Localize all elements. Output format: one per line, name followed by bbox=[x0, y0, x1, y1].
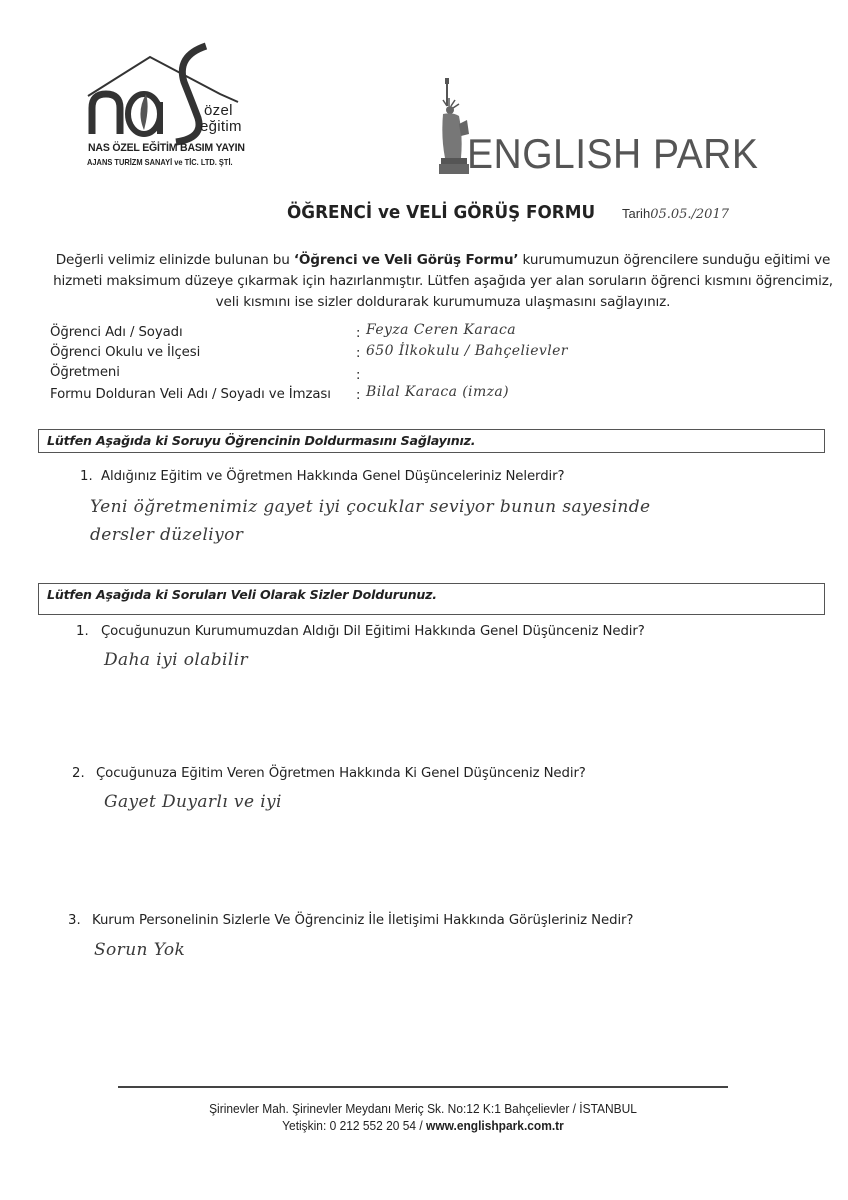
footer-divider bbox=[118, 1086, 728, 1088]
student-section-heading: Lütfen Aşağıda ki Soruyu Öğrencinin Dold… bbox=[47, 433, 475, 448]
intro-paragraph: Değerli velimiz elinizde bulunan bu ‘Öğr… bbox=[48, 250, 838, 313]
nas-company-name: NAS ÖZEL EĞİTİM BASIM YAYIN bbox=[88, 142, 245, 154]
student-name-label: Öğrenci Adı / Soyadı bbox=[50, 325, 183, 340]
parent-question-2: Çocuğunuza Eğitim Veren Öğretmen Hakkınd… bbox=[96, 766, 586, 781]
parent-section-header: Lütfen Aşağıda ki Soruları Veli Olarak S… bbox=[38, 583, 825, 615]
date-year-suffix: 7 bbox=[721, 207, 729, 222]
form-title: ÖĞRENCİ ve VELİ GÖRÜŞ FORMU bbox=[287, 203, 595, 223]
student-answer-1-line-2[interactable]: dersler düzeliyor bbox=[90, 525, 243, 545]
student-school-value[interactable]: 650 İlkokulu / Bahçelievler bbox=[366, 343, 568, 359]
student-section-header: Lütfen Aşağıda ki Soruyu Öğrencinin Dold… bbox=[38, 429, 825, 453]
footer-phone: Yetişkin: 0 212 552 20 54 / bbox=[282, 1118, 426, 1133]
colon: : bbox=[356, 388, 360, 403]
teacher-label: Öğretmeni bbox=[50, 365, 120, 380]
colon: : bbox=[356, 346, 360, 361]
nas-company-subtitle: AJANS TURİZM SANAYİ ve TİC. LTD. ŞTİ. bbox=[87, 157, 233, 167]
nas-logo: özel eğitim NAS ÖZEL EĞİTİM BASIM YAYIN … bbox=[80, 42, 260, 170]
nas-tag-ozel: özel bbox=[204, 102, 233, 119]
colon: : bbox=[356, 326, 360, 341]
question-number: 1. bbox=[76, 624, 89, 639]
student-name-value[interactable]: Feyza Ceren Karaca bbox=[366, 322, 516, 338]
parent-name-label: Formu Dolduran Veli Adı / Soyadı ve İmza… bbox=[50, 387, 331, 402]
student-school-label: Öğrenci Okulu ve İlçesi bbox=[50, 345, 200, 360]
parent-question-1: Çocuğunuzun Kurumumuzdan Aldığı Dil Eğit… bbox=[101, 624, 645, 639]
footer-contact: Yetişkin: 0 212 552 20 54 / www.englishp… bbox=[142, 1118, 703, 1133]
english-park-wordmark: ENGLISH PARK bbox=[467, 130, 758, 178]
question-number: 2. bbox=[72, 766, 85, 781]
question-number: 1. bbox=[80, 469, 93, 484]
question-number: 3. bbox=[68, 913, 81, 928]
parent-answer-1[interactable]: Daha iyi olabilir bbox=[104, 650, 248, 670]
date-value: 05.05./201 bbox=[650, 207, 721, 222]
parent-question-3: Kurum Personelinin Sizlerle Ve Öğrencini… bbox=[92, 913, 633, 928]
footer-address: Şirinevler Mah. Şirinevler Meydanı Meriç… bbox=[142, 1101, 703, 1116]
parent-name-signature[interactable]: Bilal Karaca (imza) bbox=[366, 384, 509, 400]
nas-tag-egitim: eğitim bbox=[200, 118, 242, 135]
colon: : bbox=[356, 368, 360, 383]
footer-website-link[interactable]: www.englishpark.com.tr bbox=[426, 1118, 564, 1133]
parent-answer-2[interactable]: Gayet Duyarlı ve iyi bbox=[104, 792, 282, 812]
student-question-1: Aldığınız Eğitim ve Öğretmen Hakkında Ge… bbox=[101, 469, 564, 484]
parent-section-heading: Lütfen Aşağıda ki Soruları Veli Olarak S… bbox=[47, 587, 437, 602]
intro-form-name: ‘Öğrenci ve Veli Görüş Formu’ bbox=[294, 252, 519, 268]
student-answer-1-line-1[interactable]: Yeni öğretmenimiz gayet iyi çocuklar sev… bbox=[90, 497, 651, 517]
date-field[interactable]: Tarih05.05./2017 bbox=[622, 206, 729, 222]
intro-text-start: Değerli velimiz elinizde bulunan bu bbox=[56, 252, 294, 268]
parent-answer-3[interactable]: Sorun Yok bbox=[94, 940, 185, 960]
english-park-logo: ENGLISH PARK bbox=[437, 78, 777, 178]
date-label: Tarih bbox=[622, 206, 650, 221]
